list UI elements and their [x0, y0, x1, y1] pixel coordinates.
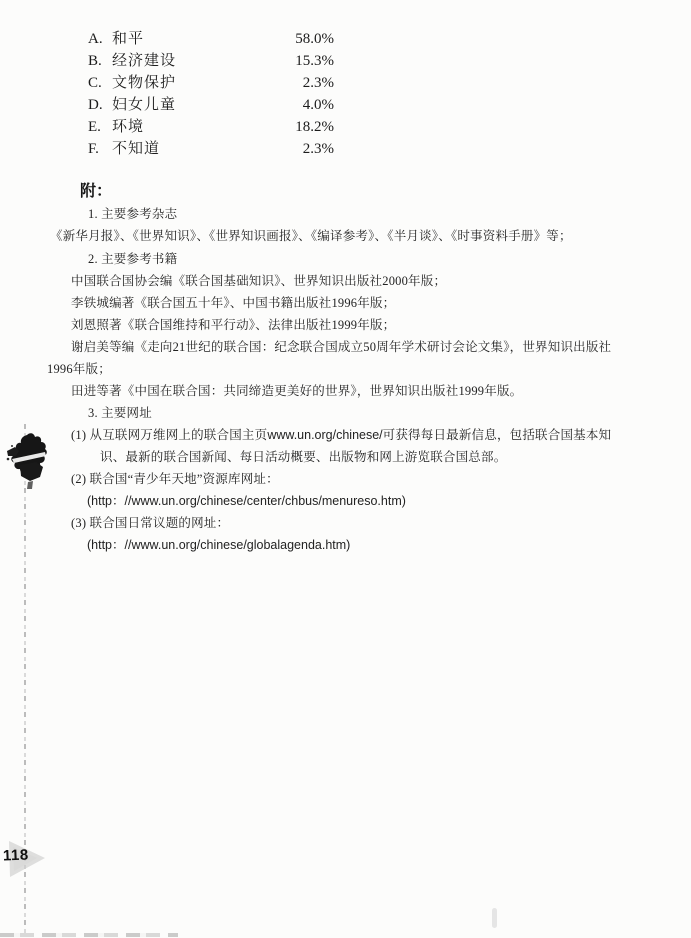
un-homepage-url: www.un.org/chinese/ — [267, 428, 382, 442]
book-reference: 谢启美等编《走向21世纪的联合国：纪念联合国成立50周年学术研讨会论文集》，世界… — [71, 336, 611, 358]
survey-item-value: 18.2% — [282, 116, 334, 138]
book-reference: 刘恩照著《联合国维持和平行动》、法律出版社1999年版； — [71, 314, 395, 336]
survey-item-key: D. — [88, 94, 112, 116]
book-reference-continuation: 1996年版； — [47, 358, 111, 380]
section3-title: 3. 主要网址 — [88, 402, 152, 424]
website-item-1: (1) 从互联网万维网上的联合国主页www.un.org/chinese/可获得… — [71, 424, 611, 446]
section2-title: 2. 主要参考书籍 — [88, 248, 177, 270]
survey-item-value: 2.3% — [282, 72, 334, 94]
survey-item-key: F. — [88, 138, 112, 160]
survey-item-key: E. — [88, 116, 112, 138]
survey-item-value: 2.3% — [282, 138, 334, 160]
survey-item-label: 环境 — [112, 116, 282, 138]
survey-row: F. 不知道 2.3% — [88, 138, 334, 160]
survey-item-value: 4.0% — [282, 94, 334, 116]
magazine-list: 《新华月报》、《世界知识》、《世界知识画报》、《编译参考》、《半月谈》、《时事资… — [50, 225, 572, 247]
survey-row: B. 经济建设 15.3% — [88, 50, 334, 72]
survey-item-value: 15.3% — [282, 50, 334, 72]
survey-item-label: 和平 — [112, 28, 282, 50]
survey-item-value: 58.0% — [282, 28, 334, 50]
website-item-2: (2) 联合国“青少年天地”资源库网址： — [71, 468, 279, 490]
scan-speck — [492, 908, 497, 928]
survey-item-key: C. — [88, 72, 112, 94]
book-reference: 李铁城编著《联合国五十年》、中国书籍出版社1996年版； — [71, 292, 395, 314]
survey-item-key: B. — [88, 50, 112, 72]
survey-row: A. 和平 58.0% — [88, 28, 334, 50]
survey-item-label: 经济建设 — [112, 50, 282, 72]
ink-blot-artifact — [5, 432, 51, 496]
website-item-1-text: (1) 从互联网万维网上的联合国主页 — [71, 428, 267, 442]
survey-row: E. 环境 18.2% — [88, 116, 334, 138]
website-item-1-continuation: 识、最新的联合国新闻、每日活动概要、出版物和网上游览联合国总部。 — [100, 446, 506, 468]
youth-resource-url: (http：//www.un.org/chinese/center/chbus/… — [87, 490, 406, 512]
section1-title: 1. 主要参考杂志 — [88, 203, 177, 225]
survey-item-label: 文物保护 — [112, 72, 282, 94]
survey-item-key: A. — [88, 28, 112, 50]
survey-row: D. 妇女儿童 4.0% — [88, 94, 334, 116]
scanned-book-page: A. 和平 58.0% B. 经济建设 15.3% C. 文物保护 2.3% D… — [0, 0, 691, 938]
page-number: 118 — [3, 847, 29, 865]
scan-edge-streak — [0, 933, 178, 937]
book-reference: 田进等著《中国在联合国：共同缔造更美好的世界》，世界知识出版社1999年版。 — [71, 380, 522, 402]
global-agenda-url: (http：//www.un.org/chinese/globalagenda.… — [87, 534, 350, 556]
survey-row: C. 文物保护 2.3% — [88, 72, 334, 94]
book-reference: 中国联合国协会编《联合国基础知识》、世界知识出版社2000年版； — [71, 270, 446, 292]
appendix-heading: 附： — [80, 181, 112, 203]
website-item-1-text: 可获得每日最新信息，包括联合国基本知 — [383, 428, 612, 442]
survey-item-label: 不知道 — [112, 138, 282, 160]
website-item-3: (3) 联合国日常议题的网址： — [71, 512, 229, 534]
survey-item-label: 妇女儿童 — [112, 94, 282, 116]
